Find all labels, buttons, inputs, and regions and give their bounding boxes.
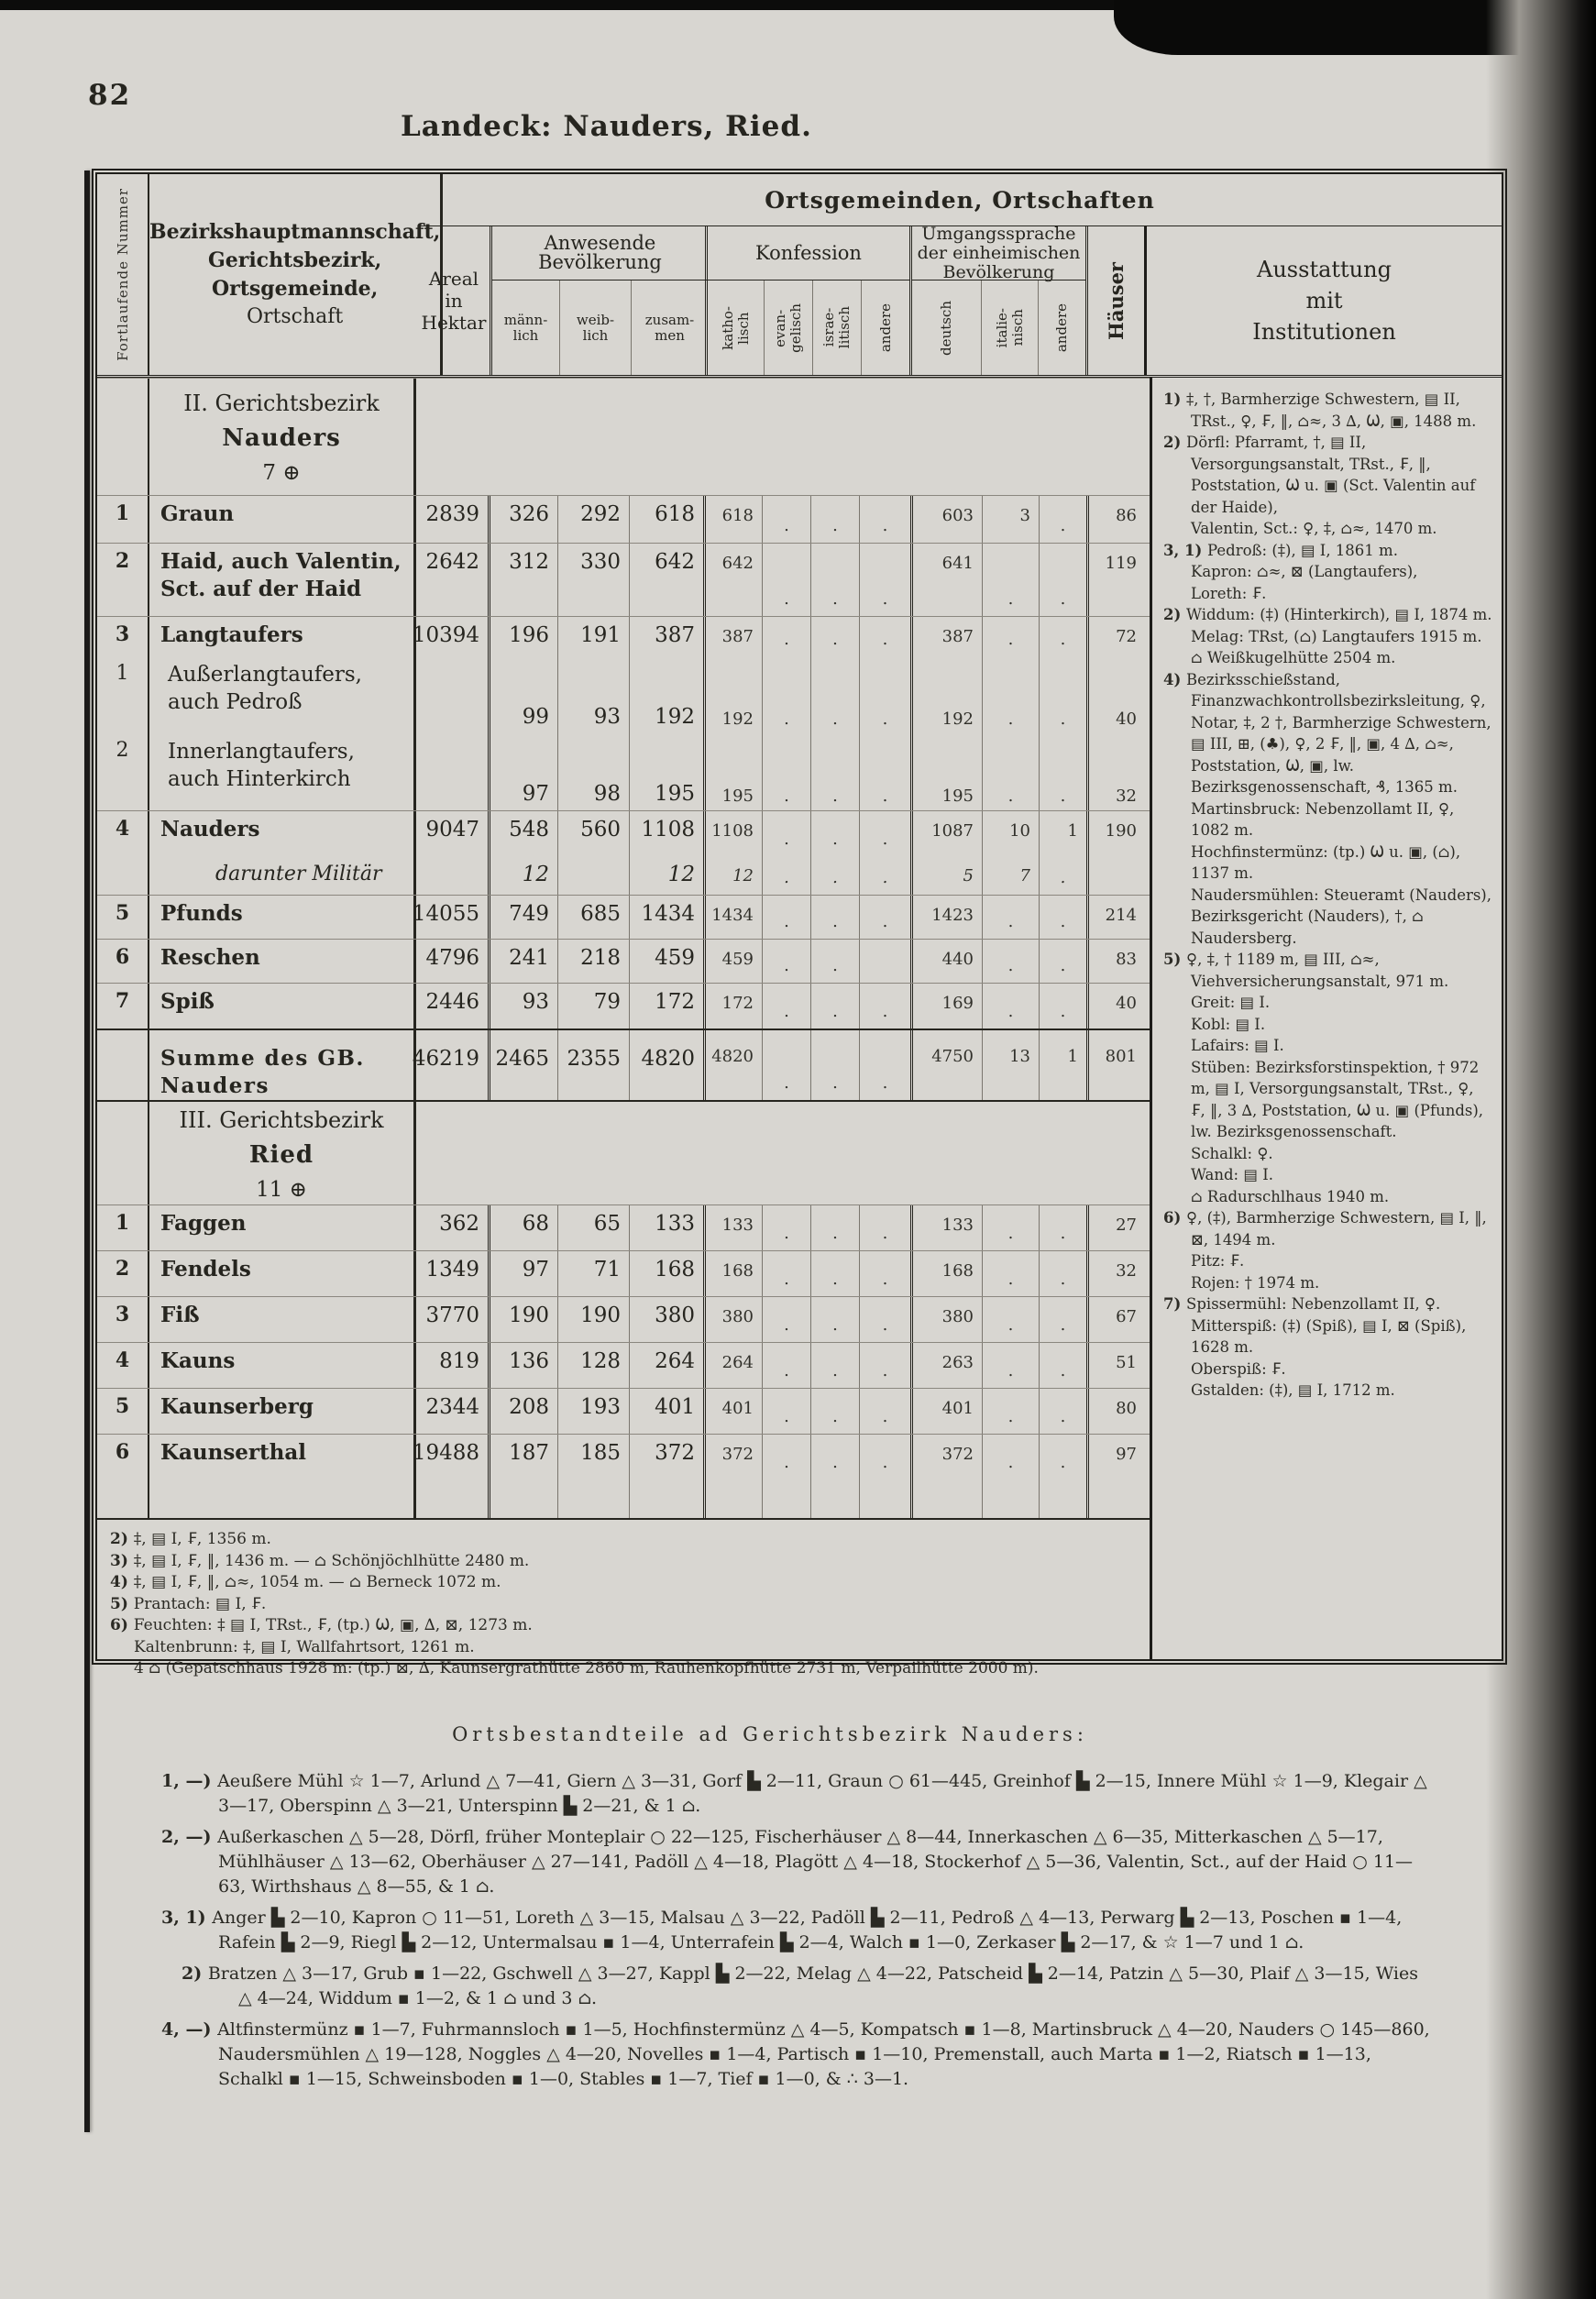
institution-note: 2) Widdum: (‡) (Hinterkirch), ▤ I, 1874 … xyxy=(1163,604,1492,626)
cell-andere-konfession: . xyxy=(860,1251,913,1296)
cell-areal: 4796 xyxy=(416,940,490,983)
cell-israelitisch: . xyxy=(811,733,860,810)
cell-weiblich xyxy=(558,856,630,895)
cell-nr: 6 xyxy=(97,1435,149,1479)
running-title: Landeck: Nauders, Ried. xyxy=(401,110,812,143)
cell-andere-konfession: . xyxy=(860,1297,913,1342)
cell-andere-konfession: . xyxy=(860,856,913,895)
cell-israelitisch: . xyxy=(811,984,860,1028)
cell-italienisch: . xyxy=(983,617,1040,656)
cell-italienisch xyxy=(983,1479,1040,1518)
page-number: 82 xyxy=(88,79,131,112)
header-katholisch: katho- lisch xyxy=(708,280,765,375)
cell-italienisch: 13 xyxy=(983,1030,1040,1100)
header-andere-konfession: andere xyxy=(862,280,909,375)
cell-italienisch: 3 xyxy=(983,496,1040,543)
cell-zusammen: 192 xyxy=(630,656,706,733)
gazetteer-table: Fortlaufende Nummer Bezirkshauptmannscha… xyxy=(95,172,1503,1661)
cell-maennlich: 187 xyxy=(490,1435,558,1479)
table-row: 2Haid, auch Valentin, Sct. auf der Haid2… xyxy=(97,543,1150,616)
cell-maennlich: 190 xyxy=(490,1297,558,1342)
cell-deutsch: 401 xyxy=(913,1389,983,1434)
institution-note: Gstalden: (‡), ▤ I, 1712 m. xyxy=(1163,1380,1492,1402)
cell-israelitisch: . xyxy=(811,811,860,856)
cell-maennlich: 749 xyxy=(490,896,558,939)
entry-label: 1, —) xyxy=(161,1771,217,1791)
institution-note: Naudersmühlen: Steueramt (Nauders), Bezi… xyxy=(1163,885,1492,950)
header-bevoelkerung-group: Anwesende Bevölkerung männ- lich weib- l… xyxy=(492,226,708,375)
institution-note: 4) Bezirksschießstand, Finanzwachkontrol… xyxy=(1163,669,1492,798)
table-row: 7Spiß24469379172172...169..40 xyxy=(97,983,1150,1028)
binding-line xyxy=(84,170,90,2132)
cell-maennlich: 12 xyxy=(490,856,558,895)
cell-areal: 2446 xyxy=(416,984,490,1028)
cell-areal: 46219 xyxy=(416,1030,490,1100)
cell-zusammen: 195 xyxy=(630,733,706,810)
cell-katholisch: 401 xyxy=(706,1389,763,1434)
cell-zusammen xyxy=(630,1479,706,1518)
table-row: 1Graun2839326292618618...6033.86 xyxy=(97,495,1150,543)
table-row: 4Kauns819136128264264...263..51 xyxy=(97,1342,1150,1388)
cell-nr: 6 xyxy=(97,940,149,983)
ortsbestandteile-entry: 3, 1) Anger ▙ 2—10, Kapron ○ 11—51, Lore… xyxy=(110,1906,1430,1955)
cell-nr: 2 xyxy=(97,733,149,810)
cell-andere-konfession: . xyxy=(860,984,913,1028)
institution-note: 6) ♀, (‡), Barmherzige Schwestern, ▤ I, … xyxy=(1163,1207,1492,1250)
ortsbestandteile-heading: Ortsbestandteile ad Gerichtsbezirk Naude… xyxy=(110,1723,1430,1745)
cell-andere-sprache: . xyxy=(1040,617,1089,656)
cell-nr: 7 xyxy=(97,984,149,1028)
cell-evangelisch: . xyxy=(763,856,811,895)
cell-katholisch: 195 xyxy=(706,733,763,810)
cell-haeuser: 80 xyxy=(1089,1389,1145,1434)
cell-weiblich: 685 xyxy=(558,896,630,939)
cell-italienisch: . xyxy=(983,544,1040,616)
cell-katholisch xyxy=(706,1479,763,1518)
header-name-line: Gerichtsbezirk, xyxy=(208,249,381,271)
cell-weiblich: 190 xyxy=(558,1297,630,1342)
cell-katholisch: 12 xyxy=(706,856,763,895)
cell-israelitisch: . xyxy=(811,896,860,939)
institution-note: Pitz: ₣. xyxy=(1163,1250,1492,1272)
header-bevoelkerung: Anwesende Bevölkerung xyxy=(492,226,708,280)
cell-andere-sprache: . xyxy=(1040,496,1089,543)
cell-israelitisch xyxy=(811,1479,860,1518)
footnote-label: 4) xyxy=(110,1573,134,1591)
cell-katholisch: 642 xyxy=(706,544,763,616)
table-row: darunter Militär121212...57. xyxy=(97,856,1150,895)
footnote-label: 5) xyxy=(110,1595,134,1613)
cell-areal xyxy=(416,656,490,733)
cell-weiblich: 560 xyxy=(558,811,630,856)
cell-katholisch: 372 xyxy=(706,1435,763,1479)
cell-katholisch: 1434 xyxy=(706,896,763,939)
cell-haeuser: 32 xyxy=(1089,1251,1145,1296)
institution-note: Melag: TRst, (⌂) Langtaufers 1915 m. xyxy=(1163,626,1492,648)
cell-italienisch: . xyxy=(983,984,1040,1028)
cell-zusammen: 168 xyxy=(630,1251,706,1296)
cell-ortsname: Nauders xyxy=(149,811,416,856)
institution-note: Oberspiß: ₣. xyxy=(1163,1358,1492,1380)
cell-andere-sprache: . xyxy=(1040,1297,1089,1342)
cell-ortsname: Summe des GB. Nauders xyxy=(149,1030,416,1100)
cell-maennlich: 208 xyxy=(490,1389,558,1434)
cell-andere-sprache: . xyxy=(1040,544,1089,616)
entry-label: 2, —) xyxy=(161,1827,217,1847)
institution-note: 5) ♀, ‡, † 1189 m, ▤ III, ⌂≈, Viehversic… xyxy=(1163,949,1492,992)
table-row: 1Außerlangtaufers, auch Pedroß9993192192… xyxy=(97,656,1150,733)
section-header-row: II. GerichtsbezirkNauders7 ⊕ xyxy=(97,378,1150,495)
cell-israelitisch: . xyxy=(811,617,860,656)
cell-katholisch: 172 xyxy=(706,984,763,1028)
cell-italienisch: . xyxy=(983,1205,1040,1250)
cell-areal: 2839 xyxy=(416,496,490,543)
entry-label: 3, 1) xyxy=(161,1908,212,1928)
cell-italienisch: . xyxy=(983,1343,1040,1388)
cell-andere-sprache xyxy=(1040,1479,1089,1518)
cell-deutsch: 192 xyxy=(913,656,983,733)
cell-weiblich xyxy=(558,1479,630,1518)
cell-nr: 4 xyxy=(97,811,149,856)
cell-haeuser: 86 xyxy=(1089,496,1145,543)
cell-zusammen: 387 xyxy=(630,617,706,656)
cell-nr: 2 xyxy=(97,1251,149,1296)
cell-israelitisch: . xyxy=(811,856,860,895)
cell-katholisch: 1108 xyxy=(706,811,763,856)
cell-ortsname: Kaunserthal xyxy=(149,1435,416,1479)
cell-andere-sprache: . xyxy=(1040,984,1089,1028)
institution-note: 2) Dörfl: Pfarramt, †, ▤ II, Versorgungs… xyxy=(1163,432,1492,518)
cell-nr xyxy=(97,379,149,495)
cell-deutsch: 603 xyxy=(913,496,983,543)
cell-areal: 362 xyxy=(416,1205,490,1250)
cell-italienisch: . xyxy=(983,1297,1040,1342)
footnote-label: 3) xyxy=(110,1552,134,1570)
cell-deutsch: 169 xyxy=(913,984,983,1028)
cell-andere-konfession: . xyxy=(860,496,913,543)
cell-haeuser: 214 xyxy=(1089,896,1145,939)
institution-note: Hochfinstermünz: (tp.) Ѡ u. ▣, (⌂), 1137… xyxy=(1163,841,1492,885)
note-label: 2) xyxy=(1163,434,1186,451)
cell-areal: 2642 xyxy=(416,544,490,616)
cell-italienisch: . xyxy=(983,733,1040,810)
institution-note: Mitterspiß: (‡) (Spiß), ▤ I, ⊠ (Spiß), 1… xyxy=(1163,1315,1492,1358)
cell-ortsname: Fiß xyxy=(149,1297,416,1342)
cell-ortsname: Spiß xyxy=(149,984,416,1028)
cell-andere-sprache: . xyxy=(1040,1435,1089,1479)
cell-deutsch: 1087 xyxy=(913,811,983,856)
cell-areal: 1349 xyxy=(416,1251,490,1296)
institution-note: Kobl: ▤ I. xyxy=(1163,1014,1492,1036)
cell-weiblich: 330 xyxy=(558,544,630,616)
cell-katholisch: 380 xyxy=(706,1297,763,1342)
cell-weiblich: 191 xyxy=(558,617,630,656)
cell-andere-sprache: 1 xyxy=(1040,811,1089,856)
cell-italienisch: 10 xyxy=(983,811,1040,856)
section-title-line: Nauders xyxy=(222,424,341,452)
cell-weiblich: 71 xyxy=(558,1251,630,1296)
cell-areal: 819 xyxy=(416,1343,490,1388)
cell-andere-konfession: . xyxy=(860,656,913,733)
cell-nr xyxy=(97,856,149,895)
cell-nr: 5 xyxy=(97,896,149,939)
cell-haeuser: 97 xyxy=(1089,1435,1145,1479)
cell-maennlich: 93 xyxy=(490,984,558,1028)
cell-italienisch: . xyxy=(983,656,1040,733)
section-title-line: Ried xyxy=(249,1141,314,1169)
cell-andere-konfession: . xyxy=(860,1030,913,1100)
institution-note: Stüben: Bezirksforstinspektion, † 972 m,… xyxy=(1163,1057,1492,1143)
header-umgangssprache-group: Umgangssprache der einheimischen Bevölke… xyxy=(912,226,1088,375)
cell-maennlich: 68 xyxy=(490,1205,558,1250)
cell-evangelisch: . xyxy=(763,1297,811,1342)
cell-katholisch: 387 xyxy=(706,617,763,656)
table-footnote: Kaltenbrunn: ‡, ▤ I, Wallfahrtsort, 1261… xyxy=(110,1637,1140,1659)
cell-nr: 3 xyxy=(97,617,149,656)
cell-maennlich: 196 xyxy=(490,617,558,656)
cell-israelitisch: . xyxy=(811,544,860,616)
header-name-line: Ortschaft xyxy=(247,306,343,328)
cell-nr xyxy=(97,1479,149,1518)
table-row: 5Kaunserberg2344208193401401...401..80 xyxy=(97,1388,1150,1434)
cell-deutsch: 195 xyxy=(913,733,983,810)
cell-maennlich: 2465 xyxy=(490,1030,558,1100)
cell-ortsname: Außerlangtaufers, auch Pedroß xyxy=(149,656,416,733)
section-title-line: 7 ⊕ xyxy=(262,459,300,487)
cell-weiblich: 65 xyxy=(558,1205,630,1250)
cell-nr xyxy=(97,1102,149,1204)
cell-deutsch: 387 xyxy=(913,617,983,656)
table-row: Summe des GB. Nauders4621924652355482048… xyxy=(97,1028,1150,1102)
table-row: 5Pfunds1405574968514341434...1423..214 xyxy=(97,895,1150,939)
cell-zusammen: 12 xyxy=(630,856,706,895)
table-footnote: 5) Prantach: ▤ I, ₣. xyxy=(110,1594,1140,1616)
cell-zusammen: 459 xyxy=(630,940,706,983)
cell-ortsname: Fendels xyxy=(149,1251,416,1296)
institution-note: ⌂ Radurschlhaus 1940 m. xyxy=(1163,1186,1492,1208)
cell-italienisch: . xyxy=(983,1389,1040,1434)
cell-areal: 14055 xyxy=(416,896,490,939)
header-ortsgemeinden-span: Ortsgemeinden, Ortschaften xyxy=(418,174,1502,226)
footnote-label: 2) xyxy=(110,1530,134,1548)
table-footnote: 4 ⌂ (Gepatschhaus 1928 m: (tp.) ⊠, ∆, Ka… xyxy=(110,1658,1140,1680)
cell-ortsname: Kauns xyxy=(149,1343,416,1388)
institution-note: Schalkl: ♀. xyxy=(1163,1143,1492,1165)
cell-zusammen: 618 xyxy=(630,496,706,543)
cell-italienisch: 7 xyxy=(983,856,1040,895)
cell-ortsname: Langtaufers xyxy=(149,617,416,656)
cell-evangelisch: . xyxy=(763,1389,811,1434)
institution-note: Loreth: ₣. xyxy=(1163,583,1492,605)
institution-note: 3, 1) Pedroß: (‡), ▤ I, 1861 m. xyxy=(1163,540,1492,562)
cell-ortsname: Reschen xyxy=(149,940,416,983)
ortsbestandteile-entry: 2, —) Außerkaschen △ 5—28, Dörfl, früher… xyxy=(110,1825,1430,1899)
cell-evangelisch: . xyxy=(763,811,811,856)
cell-andere-sprache: 1 xyxy=(1040,1030,1089,1100)
table-grid: II. GerichtsbezirkNauders7 ⊕1Graun283932… xyxy=(97,378,1150,1659)
header-maennlich: männ- lich xyxy=(492,280,560,375)
table-footnotes: 2) ‡, ▤ I, ₣, 1356 m.3) ‡, ▤ I, ₣, ‖, 14… xyxy=(97,1518,1150,1684)
cell-evangelisch: . xyxy=(763,940,811,983)
cell-weiblich: 218 xyxy=(558,940,630,983)
cell-zusammen: 372 xyxy=(630,1435,706,1479)
header-ausstattung: Ausstattung mit Institutionen xyxy=(1144,226,1502,375)
cell-areal xyxy=(416,1479,490,1518)
cell-andere-sprache: . xyxy=(1040,1205,1089,1250)
table-footnote: 2) ‡, ▤ I, ₣, 1356 m. xyxy=(110,1529,1140,1551)
cell-haeuser: 40 xyxy=(1089,656,1145,733)
cell-andere-sprache: . xyxy=(1040,896,1089,939)
header-umgangssprache: Umgangssprache der einheimischen Bevölke… xyxy=(912,226,1085,280)
cell-haeuser: 190 xyxy=(1089,811,1145,856)
cell-deutsch: 4750 xyxy=(913,1030,983,1100)
cell-zusammen: 642 xyxy=(630,544,706,616)
cell-weiblich: 185 xyxy=(558,1435,630,1479)
header-konfession-group: Konfession katho- lisch evan- gelisch is… xyxy=(705,226,912,375)
cell-weiblich: 193 xyxy=(558,1389,630,1434)
cell-evangelisch: . xyxy=(763,1205,811,1250)
cell-israelitisch: . xyxy=(811,496,860,543)
cell-maennlich: 99 xyxy=(490,656,558,733)
table-footnote: 6) Feuchten: ‡ ▤ I, TRst., ₣, (tp.) Ѡ, ▣… xyxy=(110,1615,1140,1637)
cell-weiblich: 93 xyxy=(558,656,630,733)
cell-andere-sprache: . xyxy=(1040,1251,1089,1296)
entry-label: 4, —) xyxy=(161,2019,217,2040)
cell-deutsch: 168 xyxy=(913,1251,983,1296)
cell-zusammen: 1434 xyxy=(630,896,706,939)
cell-haeuser: 67 xyxy=(1089,1297,1145,1342)
cell-andere-konfession xyxy=(860,1479,913,1518)
institution-note: ⌂ Weißkugelhütte 2504 m. xyxy=(1163,647,1492,669)
cell-evangelisch: . xyxy=(763,617,811,656)
header-italienisch: italie- nisch xyxy=(982,280,1039,375)
note-label: 3, 1) xyxy=(1163,542,1207,559)
cell-nr: 1 xyxy=(97,656,149,733)
cell-deutsch: 372 xyxy=(913,1435,983,1479)
institution-note: Martinsbruck: Nebenzollamt II, ♀, 1082 m… xyxy=(1163,798,1492,841)
table-row: 6Kaunserthal19488187185372372...372..97 xyxy=(97,1434,1150,1479)
cell-weiblich: 98 xyxy=(558,733,630,810)
header-areal: Areal in Hektar xyxy=(418,226,492,375)
cell-katholisch: 133 xyxy=(706,1205,763,1250)
cell-israelitisch: . xyxy=(811,656,860,733)
cell-zusammen: 133 xyxy=(630,1205,706,1250)
section-title-line: 11 ⊕ xyxy=(256,1176,307,1204)
entry-label: 2) xyxy=(182,1963,208,1984)
header-evangelisch: evan- gelisch xyxy=(765,280,813,375)
cell-areal: 10394 xyxy=(416,617,490,656)
cell-deutsch: 263 xyxy=(913,1343,983,1388)
cell-andere-konfession: . xyxy=(860,1389,913,1434)
cell-maennlich: 97 xyxy=(490,1251,558,1296)
cell-maennlich: 241 xyxy=(490,940,558,983)
cell-zusammen: 264 xyxy=(630,1343,706,1388)
cell-nr: 3 xyxy=(97,1297,149,1342)
cell-weiblich: 128 xyxy=(558,1343,630,1388)
cell-andere-sprache: . xyxy=(1040,1343,1089,1388)
institution-note: Wand: ▤ I. xyxy=(1163,1164,1492,1186)
institution-note: Kapron: ⌂≈, ⊠ (Langtaufers), xyxy=(1163,561,1492,583)
header-name-line: Ortsgemeinde, xyxy=(212,278,378,300)
institution-note: Greit: ▤ I. xyxy=(1163,992,1492,1014)
cell-nr: 5 xyxy=(97,1389,149,1434)
cell-andere-konfession: . xyxy=(860,811,913,856)
table-row: 2Innerlangtaufers, auch Hinterkirch97981… xyxy=(97,733,1150,810)
cell-ortsname xyxy=(149,1479,416,1518)
cell-ortsname: Kaunserberg xyxy=(149,1389,416,1434)
cell-maennlich: 312 xyxy=(490,544,558,616)
cell-andere-sprache: . xyxy=(1040,656,1089,733)
cell-deutsch: 440 xyxy=(913,940,983,983)
cell-andere-konfession: . xyxy=(860,1435,913,1479)
cell-haeuser: 51 xyxy=(1089,1343,1145,1388)
cell-israelitisch: . xyxy=(811,1435,860,1479)
cell-zusammen: 380 xyxy=(630,1297,706,1342)
cell-weiblich: 2355 xyxy=(558,1030,630,1100)
cell-haeuser xyxy=(1089,856,1145,895)
cell-nr: 1 xyxy=(97,496,149,543)
header-haeuser: Häuser xyxy=(1088,226,1144,375)
cell-haeuser: 119 xyxy=(1089,544,1145,616)
cell-ortsname: darunter Militär xyxy=(149,856,416,895)
cell-italienisch: . xyxy=(983,1435,1040,1479)
cell-israelitisch: . xyxy=(811,1205,860,1250)
table-row: 1Faggen3626865133133...133..27 xyxy=(97,1204,1150,1250)
institution-note: 1) ‡, †, Barmherzige Schwestern, ▤ II, T… xyxy=(1163,389,1492,432)
cell-andere-konfession: . xyxy=(860,1205,913,1250)
cell-zusammen: 1108 xyxy=(630,811,706,856)
cell-andere-konfession: . xyxy=(860,617,913,656)
ortsbestandteile-section: Ortsbestandteile ad Gerichtsbezirk Naude… xyxy=(110,1723,1430,2098)
cell-deutsch: 1423 xyxy=(913,896,983,939)
cell-ortsname: Pfunds xyxy=(149,896,416,939)
footnote-label: 6) xyxy=(110,1616,134,1634)
institution-note: 7) Spissermühl: Nebenzollamt II, ♀. xyxy=(1163,1293,1492,1315)
cell-evangelisch: . xyxy=(763,544,811,616)
cell-evangelisch: . xyxy=(763,896,811,939)
cell-ortsname: Innerlangtaufers, auch Hinterkirch xyxy=(149,733,416,810)
cell-weiblich: 79 xyxy=(558,984,630,1028)
section-title-line: II. Gerichtsbezirk xyxy=(183,390,380,417)
cell-nr: 2 xyxy=(97,544,149,616)
cell-deutsch: 641 xyxy=(913,544,983,616)
cell-zusammen: 4820 xyxy=(630,1030,706,1100)
cell-zusammen: 172 xyxy=(630,984,706,1028)
ortsbestandteile-entry: 1, —) Aeußere Mühl ☆ 1—7, Arlund △ 7—41,… xyxy=(110,1769,1430,1819)
cell-areal xyxy=(416,733,490,810)
cell-areal: 3770 xyxy=(416,1297,490,1342)
cell-nr: 4 xyxy=(97,1343,149,1388)
header-name-column: Bezirkshauptmannschaft, Gerichtsbezirk, … xyxy=(149,174,443,375)
cell-katholisch: 168 xyxy=(706,1251,763,1296)
cell-haeuser: 27 xyxy=(1089,1205,1145,1250)
ortsbestandteile-entry: 2) Bratzen △ 3—17, Grub ▪ 1—22, Gschwell… xyxy=(110,1962,1430,2011)
header-nr-column: Fortlaufende Nummer xyxy=(97,174,149,375)
cell-haeuser: 32 xyxy=(1089,733,1145,810)
table-row xyxy=(97,1479,1150,1518)
header-andere-sprache: andere xyxy=(1039,280,1085,375)
cell-andere-sprache: . xyxy=(1040,856,1089,895)
cell-maennlich: 97 xyxy=(490,733,558,810)
table-row: 3Fiß3770190190380380...380..67 xyxy=(97,1296,1150,1342)
cell-andere-konfession: . xyxy=(860,733,913,810)
section-header-row: III. GerichtsbezirkRied11 ⊕ xyxy=(97,1102,1150,1204)
cell-evangelisch: . xyxy=(763,656,811,733)
cell-israelitisch: . xyxy=(811,1389,860,1434)
cell-maennlich: 136 xyxy=(490,1343,558,1388)
cell-katholisch: 618 xyxy=(706,496,763,543)
cell-haeuser: 72 xyxy=(1089,617,1145,656)
